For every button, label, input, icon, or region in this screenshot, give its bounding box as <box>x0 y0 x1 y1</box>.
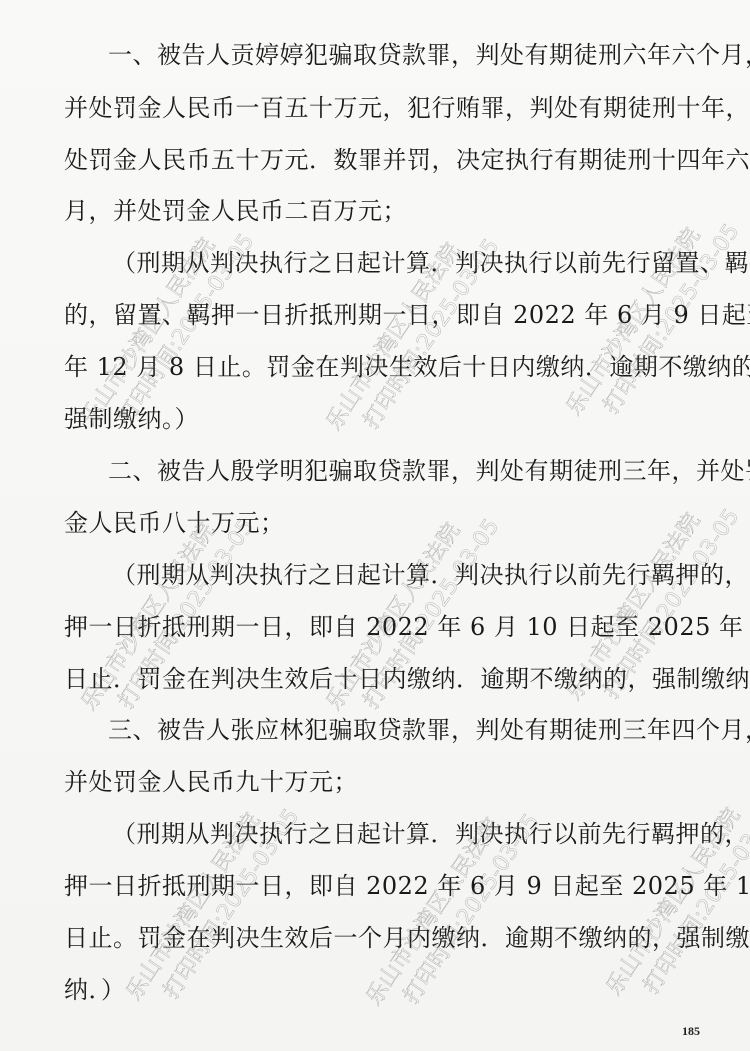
text-line: 纳．） <box>64 975 694 1005</box>
text-line: （刑期从判决执行之日起计算．判决执行以前先行留置、羁押 <box>112 248 694 278</box>
text-line: 月，并处罚金人民币二百万元； <box>64 196 694 226</box>
text-line: 押一日折抵刑期一日，即自 2022 年 6 月 9 日起至 2025 年 10 … <box>64 871 694 901</box>
page-number: 185 <box>682 1024 700 1039</box>
text-line: （刑期从判决执行之日起计算．判决执行以前先行羁押的，羁 <box>112 819 694 849</box>
text-line: 处罚金人民币五十万元．数罪并罚，决定执行有期徒刑十四年六个 <box>64 145 694 175</box>
text-line: 一、被告人贡婷婷犯骗取贷款罪，判处有期徒刑六年六个月， <box>108 40 694 70</box>
text-line: 三、被告人张应林犯骗取贷款罪，判处有期徒刑三年四个月， <box>108 715 694 745</box>
text-line: 并处罚金人民币一百五十万元，犯行贿罪，判处有期徒刑十年，并 <box>64 93 694 123</box>
text-line: 日止．罚金在判决生效后十日内缴纳．逾期不缴纳的，强制缴纳．） <box>64 664 694 694</box>
text-line: 金人民币八十万元； <box>64 508 694 538</box>
text-line: （刑期从判决执行之日起计算．判决执行以前先行羁押的，羁 <box>112 560 694 590</box>
text-line: 的，留置、羁押一日折抵刑期一日，即自 2022 年 6 月 9 日起至 2036 <box>64 300 694 330</box>
document-page: 一、被告人贡婷婷犯骗取贷款罪，判处有期徒刑六年六个月，并处罚金人民币一百五十万元… <box>0 0 750 1051</box>
text-line: 日止。罚金在判决生效后一个月内缴纳．逾期不缴纳的，强制缴 <box>64 923 694 953</box>
text-line: 二、被告人殷学明犯骗取贷款罪，判处有期徒刑三年，并处罚 <box>108 456 694 486</box>
text-line: 押一日折抵刑期一日，即自 2022 年 6 月 10 日起至 2025 年 6 … <box>64 612 694 642</box>
text-line: 并处罚金人民币九十万元； <box>64 767 694 797</box>
text-line: 年 12 月 8 日止。罚金在判决生效后十日内缴纳．逾期不缴纳的， <box>64 352 694 382</box>
text-line: 强制缴纳。） <box>64 404 694 434</box>
